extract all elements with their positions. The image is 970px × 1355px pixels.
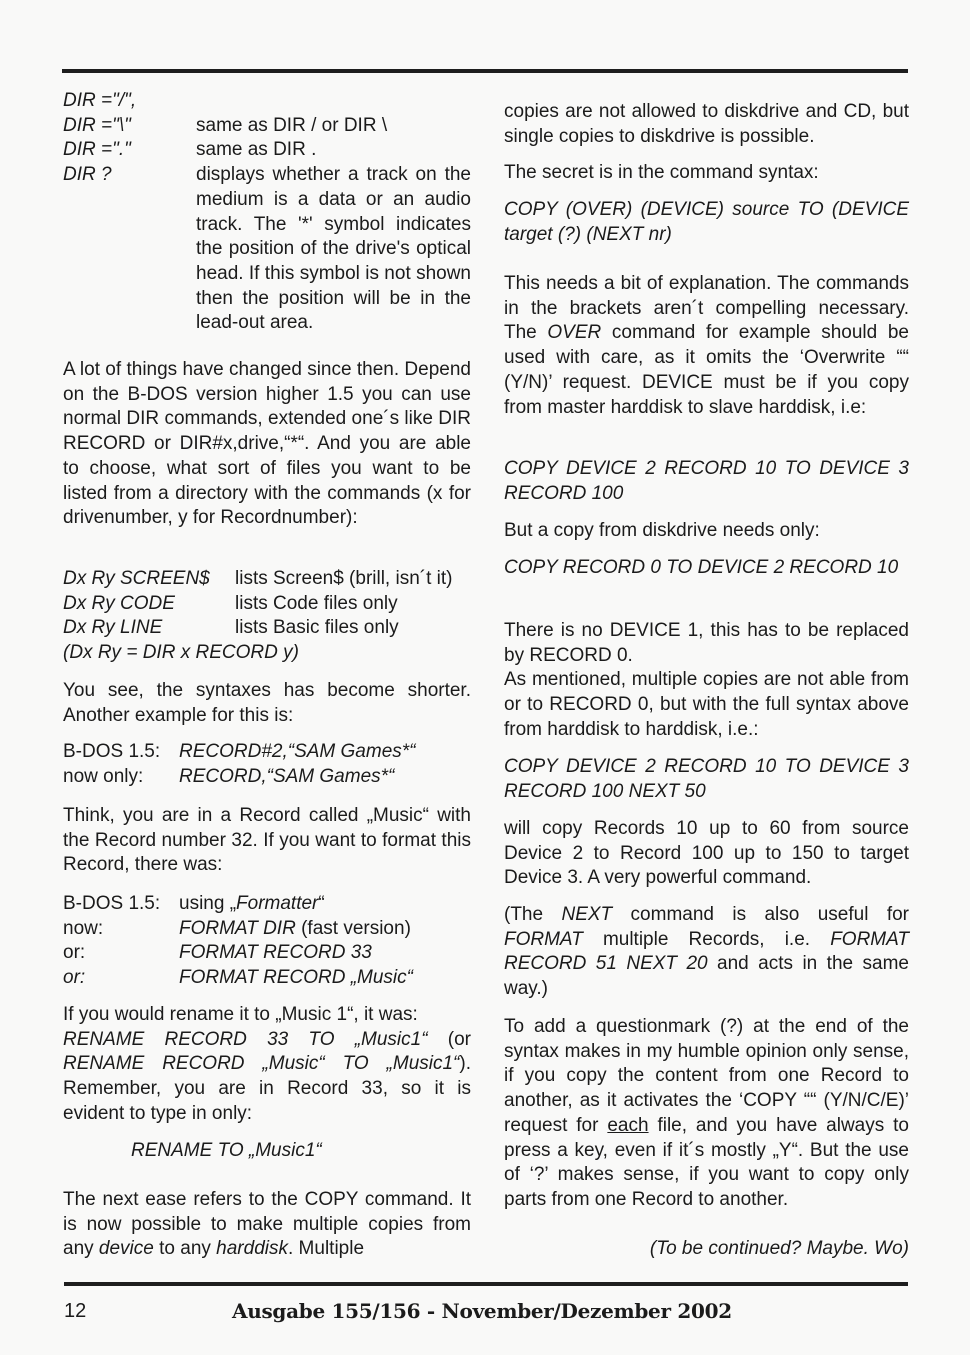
text: If you would rename it to „Music 1“, it … bbox=[63, 1004, 418, 1025]
format-label: or: bbox=[63, 941, 179, 966]
format-row: now: FORMAT DIR (fast version) bbox=[63, 917, 471, 942]
dx-desc: lists Screen$ (brill, isn´t it) bbox=[235, 567, 453, 592]
bdos-value: RECORD,“SAM Games*“ bbox=[179, 765, 394, 790]
bdos-row: now only: RECORD,“SAM Games*“ bbox=[63, 765, 471, 790]
text: (The bbox=[504, 904, 561, 925]
dir-row: DIR ="/", bbox=[63, 89, 471, 114]
paragraph: The next ease refers to the COPY command… bbox=[63, 1188, 471, 1262]
paragraph: If you would rename it to „Music 1“, it … bbox=[63, 1003, 471, 1127]
text: to any bbox=[154, 1238, 216, 1259]
format-label: B-DOS 1.5: bbox=[63, 892, 179, 917]
bdos-label: now only: bbox=[63, 765, 179, 790]
format-cmd: FORMAT DIR bbox=[179, 918, 296, 939]
paragraph: The secret is in the command syntax: bbox=[504, 161, 909, 186]
text: OVER bbox=[547, 322, 601, 343]
dir-cmd: DIR ="/", bbox=[63, 89, 196, 114]
format-label: now: bbox=[63, 917, 179, 942]
text: device bbox=[99, 1238, 154, 1259]
dir-cmd: DIR ="\" bbox=[63, 114, 196, 139]
issue-title: Ausgabe 155/156 - November/Dezember 2002 bbox=[232, 1299, 732, 1323]
format-cmd: FORMAT RECORD „Music“ bbox=[179, 966, 413, 991]
footer-rule bbox=[64, 1282, 908, 1286]
format-row: B-DOS 1.5: using „Formatter“ bbox=[63, 892, 471, 917]
text: (or bbox=[428, 1029, 471, 1050]
paragraph: There is no DEVICE 1, this has to be rep… bbox=[504, 619, 909, 743]
text: each bbox=[607, 1115, 648, 1136]
paragraph: This needs a bit of explanation. The com… bbox=[504, 272, 909, 420]
dir-cmd: DIR ="." bbox=[63, 138, 196, 163]
header-rule bbox=[62, 69, 908, 73]
page-number: 12 bbox=[64, 1300, 86, 1323]
dir-desc: same as DIR / or DIR \ bbox=[196, 114, 387, 139]
dx-desc: lists Basic files only bbox=[235, 616, 399, 641]
format-prefix: using „ bbox=[179, 893, 236, 914]
bdos-row: B-DOS 1.5: RECORD#2,“SAM Games*“ bbox=[63, 740, 471, 765]
format-cmd: Formatter bbox=[236, 893, 318, 914]
dx-cmd: Dx Ry CODE bbox=[63, 592, 235, 617]
format-label: or: bbox=[63, 966, 179, 991]
format-row: or: FORMAT RECORD 33 bbox=[63, 941, 471, 966]
dx-row: Dx Ry LINE lists Basic files only bbox=[63, 616, 471, 641]
format-row: or: FORMAT RECORD „Music“ bbox=[63, 966, 471, 991]
format-table: B-DOS 1.5: using „Formatter“ now: FORMAT… bbox=[63, 892, 471, 991]
text: FORMAT bbox=[504, 929, 583, 950]
format-rest: (fast version) bbox=[296, 918, 411, 939]
format-cmd: FORMAT RECORD 33 bbox=[179, 941, 372, 966]
bdos-label: B-DOS 1.5: bbox=[63, 740, 179, 765]
syntax: COPY (OVER) (DEVICE) source TO (DEVICE t… bbox=[504, 198, 909, 247]
format-value: using „Formatter“ bbox=[179, 892, 325, 917]
dx-table: Dx Ry SCREEN$ lists Screen$ (brill, isn´… bbox=[63, 567, 471, 666]
paragraph: A lot of things have changed since then.… bbox=[63, 358, 471, 531]
text: NEXT bbox=[561, 904, 612, 925]
dir-table: DIR ="/", DIR ="\" same as DIR / or DIR … bbox=[63, 89, 471, 336]
dx-cmd: Dx Ry LINE bbox=[63, 616, 235, 641]
dir-row: DIR ="\" same as DIR / or DIR \ bbox=[63, 114, 471, 139]
text: There is no DEVICE 1, this has to be rep… bbox=[504, 620, 909, 666]
dir-row: DIR ? displays whether a track on the me… bbox=[63, 163, 471, 336]
dir-desc: displays whether a track on the medium i… bbox=[196, 163, 471, 336]
signoff: (To be continued? Maybe. Wo) bbox=[504, 1237, 909, 1262]
example-code: COPY DEVICE 2 RECORD 10 TO DEVICE 3 RECO… bbox=[504, 457, 909, 506]
rename-cmd: RENAME RECORD 33 TO „Music1“ bbox=[63, 1029, 428, 1050]
paragraph: Think, you are in a Record called „Music… bbox=[63, 804, 471, 878]
bdos-table: B-DOS 1.5: RECORD#2,“SAM Games*“ now onl… bbox=[63, 740, 471, 789]
dir-desc: same as DIR . bbox=[196, 138, 316, 163]
dir-row: DIR ="." same as DIR . bbox=[63, 138, 471, 163]
paragraph: will copy Records 10 up to 60 from sourc… bbox=[504, 817, 909, 891]
text: . Multiple bbox=[288, 1238, 364, 1259]
paragraph: To add a questionmark (?) at the end of … bbox=[504, 1015, 909, 1213]
dx-row: Dx Ry CODE lists Code files only bbox=[63, 592, 471, 617]
text: command is also useful for bbox=[612, 904, 909, 925]
bdos-value: RECORD#2,“SAM Games*“ bbox=[179, 740, 416, 765]
dx-row: Dx Ry SCREEN$ lists Screen$ (brill, isn´… bbox=[63, 567, 471, 592]
dx-note: (Dx Ry = DIR x RECORD y) bbox=[63, 641, 471, 666]
format-suffix: “ bbox=[318, 893, 324, 914]
example-code: COPY DEVICE 2 RECORD 10 TO DEVICE 3 RECO… bbox=[504, 755, 909, 804]
paragraph: (The NEXT command is also useful for FOR… bbox=[504, 903, 909, 1002]
text: harddisk bbox=[216, 1238, 288, 1259]
paragraph: You see, the syntaxes has become shorter… bbox=[63, 679, 471, 728]
dx-cmd: Dx Ry SCREEN$ bbox=[63, 567, 235, 592]
rename-cmd: RENAME RECORD „Music“ TO „Music1“ bbox=[63, 1053, 459, 1074]
format-value: FORMAT DIR (fast version) bbox=[179, 917, 411, 942]
paragraph: copies are not allowed to diskdrive and … bbox=[504, 100, 909, 149]
rename-example: RENAME TO „Music1“ bbox=[131, 1139, 471, 1164]
dx-desc: lists Code files only bbox=[235, 592, 398, 617]
dir-cmd: DIR ? bbox=[63, 163, 196, 336]
example-code: COPY RECORD 0 TO DEVICE 2 RECORD 10 bbox=[504, 556, 909, 581]
text: multiple Records, i.e. bbox=[583, 929, 830, 950]
text: As mentioned, multiple copies are not ab… bbox=[504, 669, 909, 739]
paragraph: But a copy from diskdrive needs only: bbox=[504, 519, 909, 544]
